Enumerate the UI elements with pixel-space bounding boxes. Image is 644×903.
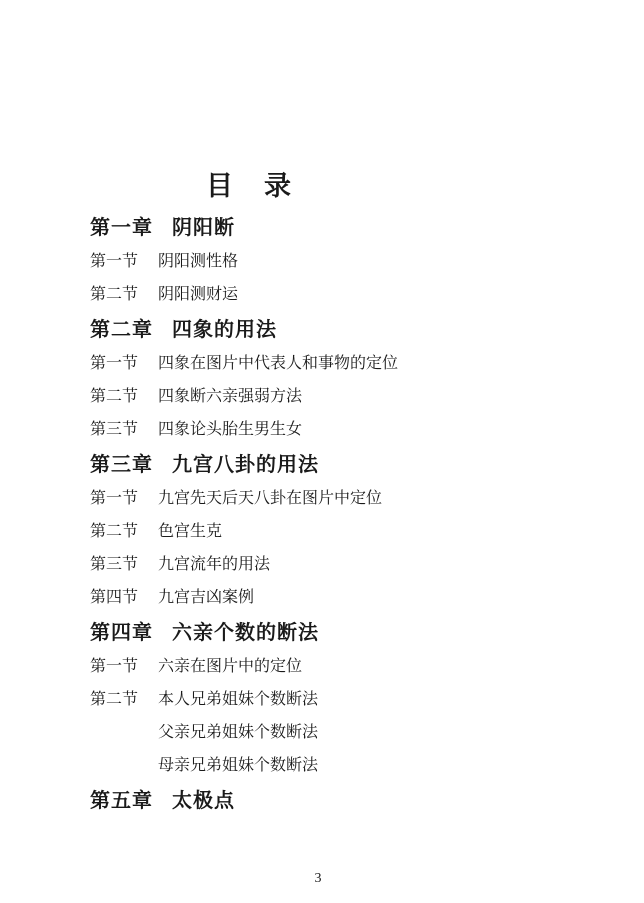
toc-entry-title: 四象断六亲强弱方法 [158,389,302,405]
toc-section-row: 第一节阴阳测性格 [90,254,644,270]
toc-entry-title: 父亲兄弟姐妹个数断法 [158,725,318,741]
toc-entry-title: 四象论头胎生男生女 [158,422,302,438]
toc-section-row: 第三节四象论头胎生男生女 [90,422,644,438]
toc-section-row: 第一节四象在图片中代表人和事物的定位 [90,356,644,372]
toc-chapter-row: 第三章九宫八卦的用法 [90,455,644,475]
toc-entry-title: 阴阳测财运 [158,287,238,303]
toc-title: 目 录 [206,172,644,200]
toc-entry-title: 九宫流年的用法 [158,557,270,573]
toc-chapter-row: 第二章四象的用法 [90,320,644,340]
toc-entry-label: 第五章 [90,791,172,811]
toc-section-row: 第一节六亲在图片中的定位 [90,659,644,675]
toc-entry-title: 六亲个数的断法 [172,623,319,643]
toc-entry-title: 六亲在图片中的定位 [158,659,302,675]
toc-entry-label: 第一节 [90,254,158,270]
toc-entry-title: 本人兄弟姐妹个数断法 [158,692,318,708]
toc-chapter-row: 第五章太极点 [90,791,644,811]
toc-section-row: 第二节阴阳测财运 [90,287,644,303]
toc-entry-title: 太极点 [172,791,235,811]
toc-entry-label: 第二节 [90,287,158,303]
toc-entry-title: 九宫先天后天八卦在图片中定位 [158,491,382,507]
toc-section-row: 第一节九宫先天后天八卦在图片中定位 [90,491,644,507]
toc-section-row: 第二节四象断六亲强弱方法 [90,389,644,405]
toc-entry-title: 阴阳断 [172,218,235,238]
toc-list: 第一章阴阳断第一节阴阳测性格第二节阴阳测财运第二章四象的用法第一节四象在图片中代… [0,218,644,811]
toc-section-row: 第三节九宫流年的用法 [90,557,644,573]
page-number: 3 [0,871,636,887]
toc-entry-title: 母亲兄弟姐妹个数断法 [158,758,318,774]
toc-entry-title: 四象在图片中代表人和事物的定位 [158,356,398,372]
toc-entry-label: 第二节 [90,524,158,540]
toc-entry-label: 第三节 [90,557,158,573]
toc-chapter-row: 第一章阴阳断 [90,218,644,238]
toc-entry-label: 第二节 [90,692,158,708]
toc-continuation-row: 母亲兄弟姐妹个数断法 [90,758,644,774]
toc-entry-title: 九宫吉凶案例 [158,590,254,606]
toc-chapter-row: 第四章六亲个数的断法 [90,623,644,643]
toc-entry-label: 第四节 [90,590,158,606]
toc-entry-title: 色宫生克 [158,524,222,540]
toc-entry-label: 第三节 [90,422,158,438]
toc-section-row: 第四节九宫吉凶案例 [90,590,644,606]
toc-entry-title: 四象的用法 [172,320,277,340]
toc-section-row: 第二节色宫生克 [90,524,644,540]
toc-entry-title: 九宫八卦的用法 [172,455,319,475]
toc-section-row: 第二节本人兄弟姐妹个数断法 [90,692,644,708]
toc-entry-label: 第一节 [90,659,158,675]
toc-entry-label: 第一节 [90,491,158,507]
toc-entry-label: 第二节 [90,389,158,405]
toc-continuation-row: 父亲兄弟姐妹个数断法 [90,725,644,741]
toc-entry-label: 第二章 [90,320,172,340]
toc-entry-label: 第一节 [90,356,158,372]
toc-entry-label: 第三章 [90,455,172,475]
toc-entry-label: 第一章 [90,218,172,238]
document-page: 目 录 第一章阴阳断第一节阴阳测性格第二节阴阳测财运第二章四象的用法第一节四象在… [0,0,644,903]
toc-entry-title: 阴阳测性格 [158,254,238,270]
toc-entry-label: 第四章 [90,623,172,643]
